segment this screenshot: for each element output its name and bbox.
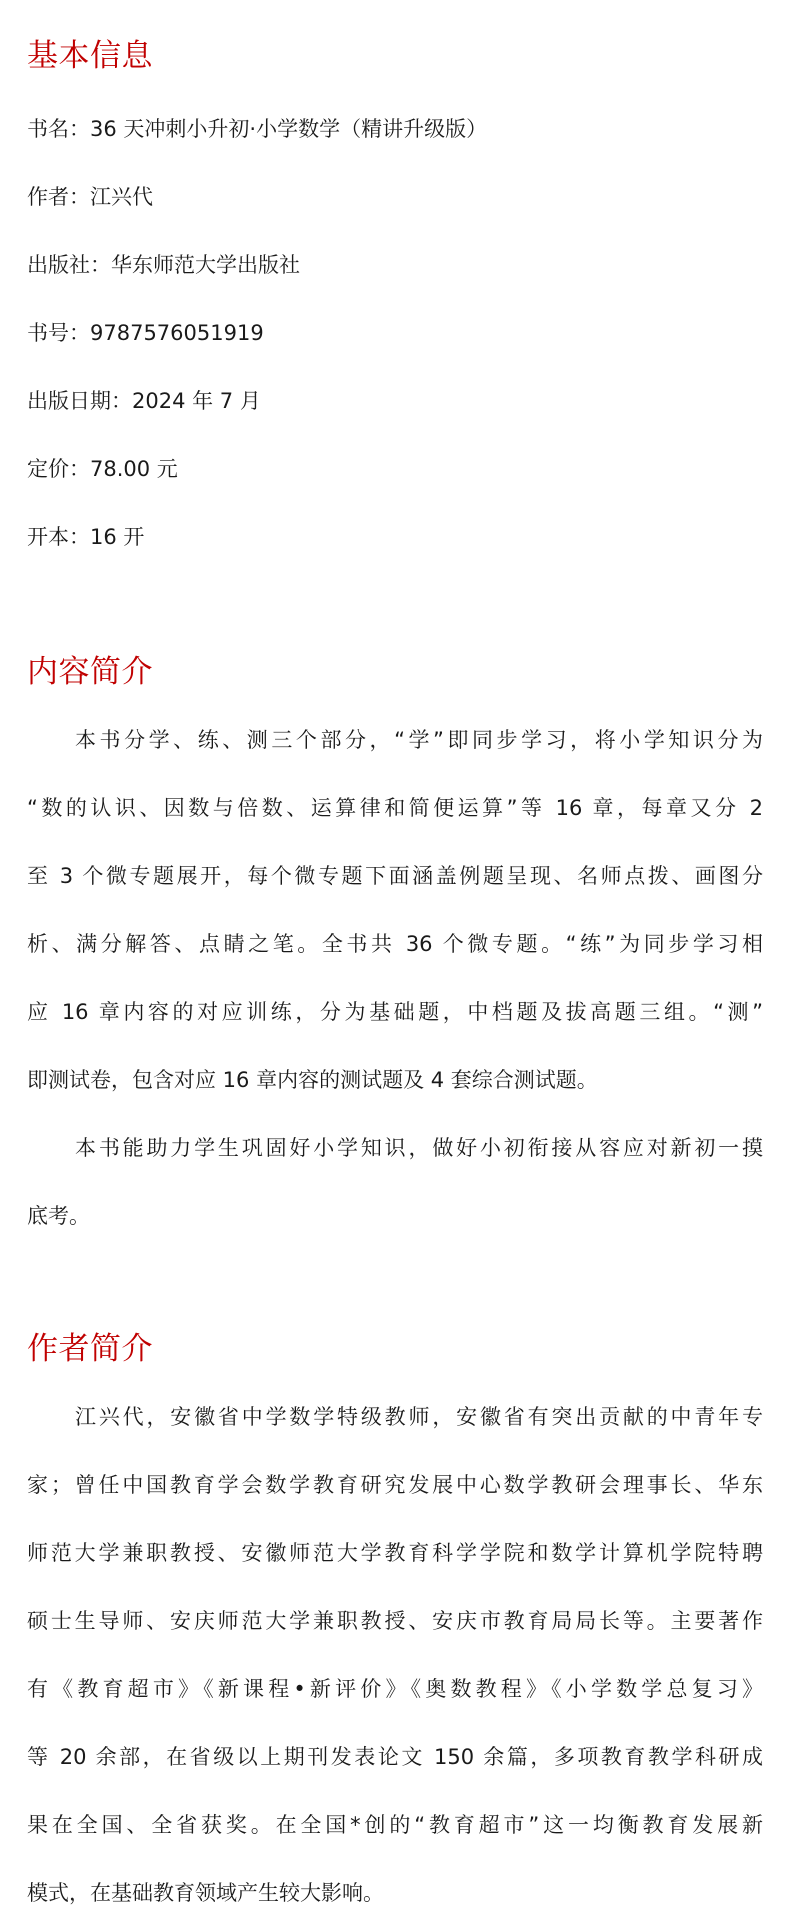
author-paragraph-line: 有《教育超市》《新课程•新评价》《奥数教程》《小学数学总复习》: [27, 1655, 763, 1723]
author-paragraph-line: 家；曾任中国教育学会数学教育研究发展中心数学教研会理事长、华东: [27, 1451, 763, 1519]
info-isbn: 书号：9787576051919: [27, 299, 763, 367]
content-intro-body: 本书分学、练、测三个部分，“学”即同步学习，将小学知识分为 “数的认识、因数与倍…: [27, 706, 763, 1250]
content-paragraph-line: “数的认识、因数与倍数、运算律和简便运算”等 16 章，每章又分 2: [27, 774, 763, 842]
author-paragraph-line: 硕士生导师、安庆师范大学兼职教授、安庆市教育局局长等。主要著作: [27, 1587, 763, 1655]
author-paragraph-line: 等 20 余部，在省级以上期刊发表论文 150 余篇，多项教育教学科研成: [27, 1723, 763, 1791]
content-paragraph-line: 底考。: [27, 1182, 763, 1250]
content-paragraph-line: 至 3 个微专题展开，每个微专题下面涵盖例题呈现、名师点拨、画图分: [27, 842, 763, 910]
section-heading-basic-info: 基本信息: [27, 22, 763, 90]
content-paragraph-line: 本书能助力学生巩固好小学知识，做好小初衔接从容应对新初一摸: [27, 1114, 763, 1182]
content-paragraph-line: 本书分学、练、测三个部分，“学”即同步学习，将小学知识分为: [27, 706, 763, 774]
content-paragraph-line: 析、满分解答、点睛之笔。全书共 36 个微专题。“练”为同步学习相: [27, 910, 763, 978]
author-paragraph-line: 果在全国、全省获奖。在全国*创的“教育超市”这一均衡教育发展新: [27, 1791, 763, 1859]
basic-info-list: 书名：36 天冲刺小升初·小学数学（精讲升级版） 作者：江兴代 出版社：华东师范…: [27, 95, 763, 571]
section-heading-author-intro: 作者简介: [27, 1315, 763, 1383]
author-paragraph-line: 江兴代，安徽省中学数学特级教师，安徽省有突出贡献的中青年专: [27, 1383, 763, 1451]
author-intro-body: 江兴代，安徽省中学数学特级教师，安徽省有突出贡献的中青年专 家；曾任中国教育学会…: [27, 1383, 763, 1927]
info-price: 定价：78.00 元: [27, 435, 763, 503]
author-paragraph-line: 模式，在基础教育领域产生较大影响。: [27, 1859, 763, 1927]
section-heading-content-intro: 内容简介: [27, 638, 763, 706]
info-author: 作者：江兴代: [27, 163, 763, 231]
content-paragraph-line: 即测试卷，包含对应 16 章内容的测试题及 4 套综合测试题。: [27, 1046, 763, 1114]
info-book-title: 书名：36 天冲刺小升初·小学数学（精讲升级版）: [27, 95, 763, 163]
info-publish-date: 出版日期：2024 年 7 月: [27, 367, 763, 435]
content-paragraph-line: 应 16 章内容的对应训练，分为基础题，中档题及拔高题三组。“测”: [27, 978, 763, 1046]
info-publisher: 出版社：华东师范大学出版社: [27, 231, 763, 299]
author-paragraph-line: 师范大学兼职教授、安徽师范大学教育科学学院和数学计算机学院特聘: [27, 1519, 763, 1587]
info-format: 开本：16 开: [27, 503, 763, 571]
